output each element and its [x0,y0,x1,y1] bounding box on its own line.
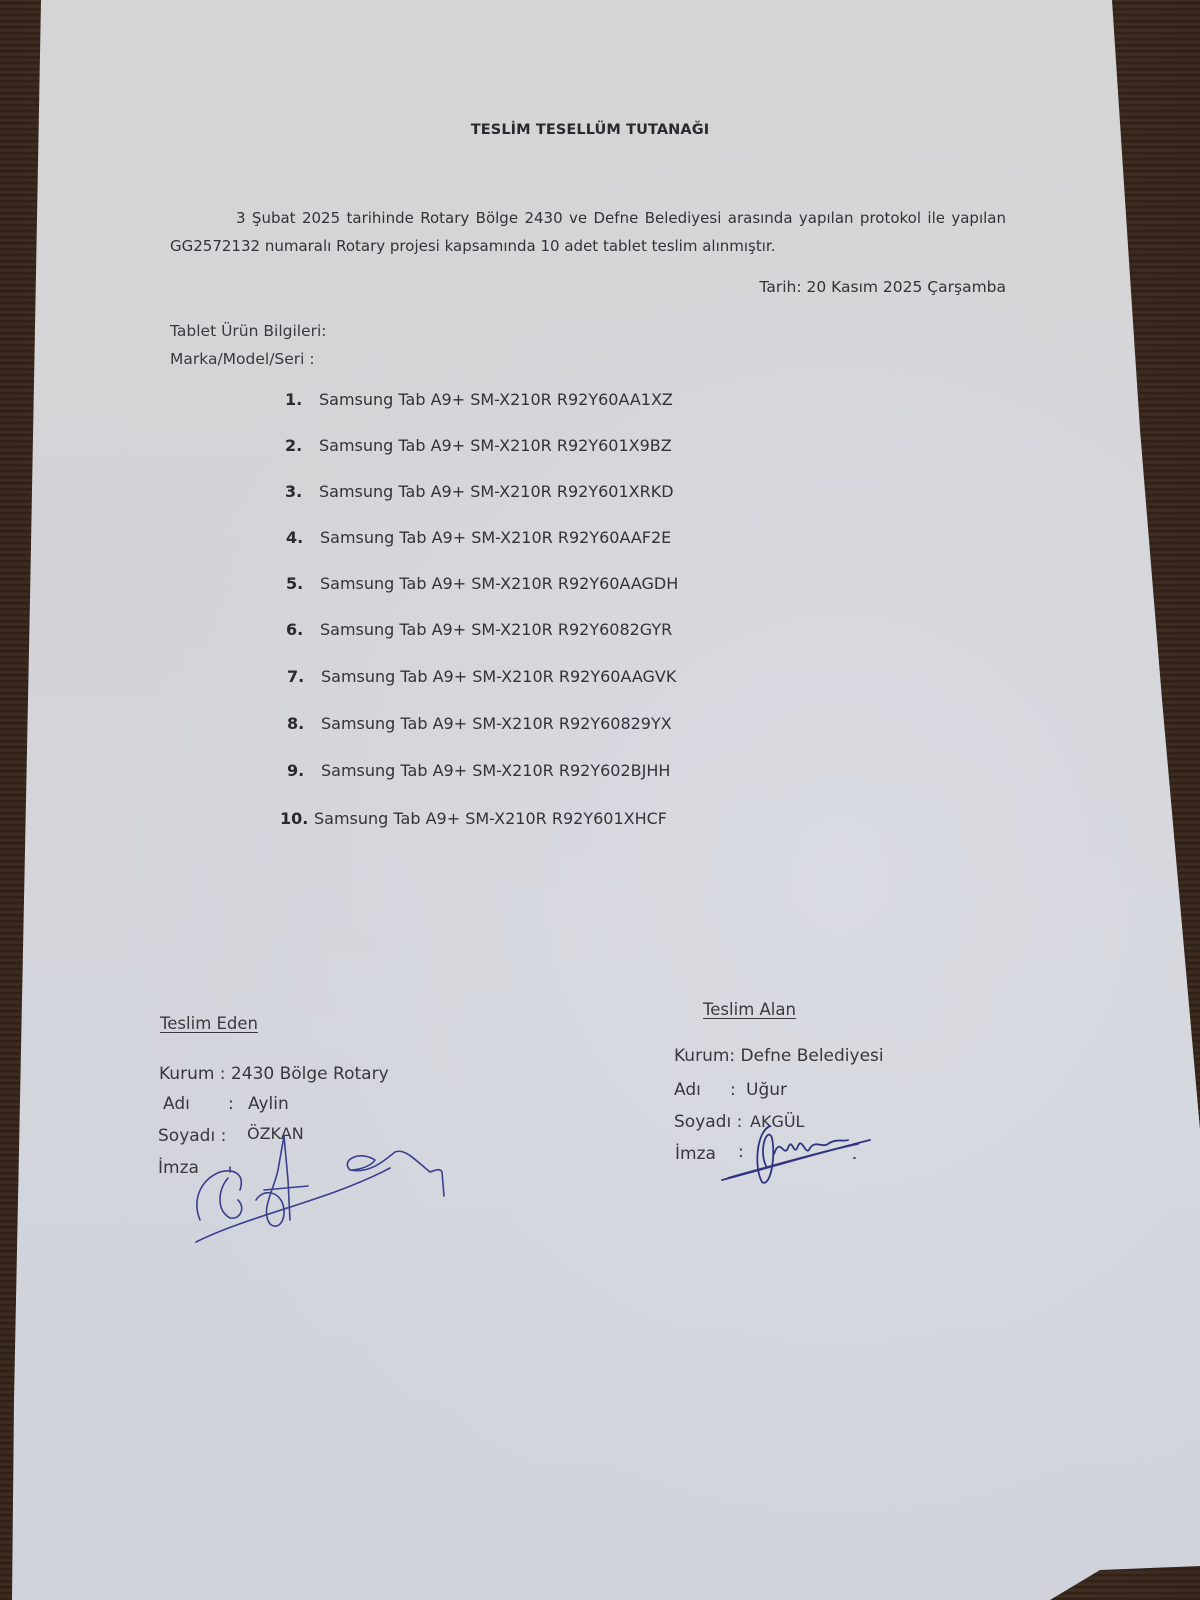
brand-model-serial-label: Marka/Model/Seri : [170,350,315,368]
receiver-name: Uğur [746,1080,787,1100]
receiver-signature-label: İmza [675,1144,716,1164]
intro-text: 3 Şubat 2025 tarihinde Rotary Bölge 2430… [170,209,1006,255]
list-item: 7.Samsung Tab A9+ SM-X210R R92Y60AAGVK [287,667,676,686]
list-item-text: Samsung Tab A9+ SM-X210R R92Y601XRKD [319,482,674,501]
list-item-number: 3. [285,482,319,501]
list-item-text: Samsung Tab A9+ SM-X210R R92Y60AAGVK [321,667,676,686]
list-item-number: 6. [286,620,320,639]
list-item-text: Samsung Tab A9+ SM-X210R R92Y601X9BZ [319,436,672,455]
list-item-text: Samsung Tab A9+ SM-X210R R92Y602BJHH [321,761,670,780]
document-title: TESLİM TESELLÜM TUTANAĞI [0,122,1180,138]
list-item-text: Samsung Tab A9+ SM-X210R R92Y60AAF2E [320,528,671,547]
list-item-number: 8. [287,714,321,733]
receiver-institution: Kurum: Defne Belediyesi [674,1046,884,1066]
list-item-number: 7. [287,667,321,686]
list-item: 10.Samsung Tab A9+ SM-X210R R92Y601XHCF [280,809,667,828]
list-item: 3.Samsung Tab A9+ SM-X210R R92Y601XRKD [285,482,674,501]
receiver-name-label: Adı [674,1080,701,1100]
deliverer-institution: Kurum : 2430 Bölge Rotary [159,1064,389,1084]
list-item-number: 5. [286,574,320,593]
list-item-number: 2. [285,436,319,455]
intro-paragraph: 3 Şubat 2025 tarihinde Rotary Bölge 2430… [170,204,1006,260]
receiver-heading: Teslim Alan [703,1000,796,1019]
product-info-heading: Tablet Ürün Bilgileri: [170,322,327,340]
list-item: 6.Samsung Tab A9+ SM-X210R R92Y6082GYR [286,620,672,639]
list-item: 2.Samsung Tab A9+ SM-X210R R92Y601X9BZ [285,436,672,455]
list-item-text: Samsung Tab A9+ SM-X210R R92Y60AA1XZ [319,390,673,409]
list-item: 5.Samsung Tab A9+ SM-X210R R92Y60AAGDH [286,574,678,593]
receiver-name-sep: : [730,1080,736,1100]
list-item-number: 9. [287,761,321,780]
deliverer-name: Aylin [248,1094,289,1114]
list-item: 4.Samsung Tab A9+ SM-X210R R92Y60AAF2E [286,528,671,547]
date-line: Tarih: 20 Kasım 2025 Çarşamba [759,278,1006,296]
list-item-text: Samsung Tab A9+ SM-X210R R92Y60829YX [321,714,672,733]
deliverer-heading: Teslim Eden [160,1014,258,1033]
list-item: 8.Samsung Tab A9+ SM-X210R R92Y60829YX [287,714,672,733]
list-item-number: 4. [286,528,320,547]
list-item-number: 10. [280,809,314,828]
list-item-text: Samsung Tab A9+ SM-X210R R92Y60AAGDH [320,574,678,593]
deliverer-name-sep: : [228,1094,234,1114]
list-item-number: 1. [285,390,319,409]
list-item-text: Samsung Tab A9+ SM-X210R R92Y6082GYR [320,620,672,639]
receiver-signature [718,1118,878,1190]
deliverer-signature [190,1120,460,1250]
list-item-text: Samsung Tab A9+ SM-X210R R92Y601XHCF [314,809,667,828]
deliverer-name-label: Adı [163,1094,190,1114]
list-item: 1.Samsung Tab A9+ SM-X210R R92Y60AA1XZ [285,390,673,409]
list-item: 9.Samsung Tab A9+ SM-X210R R92Y602BJHH [287,761,670,780]
